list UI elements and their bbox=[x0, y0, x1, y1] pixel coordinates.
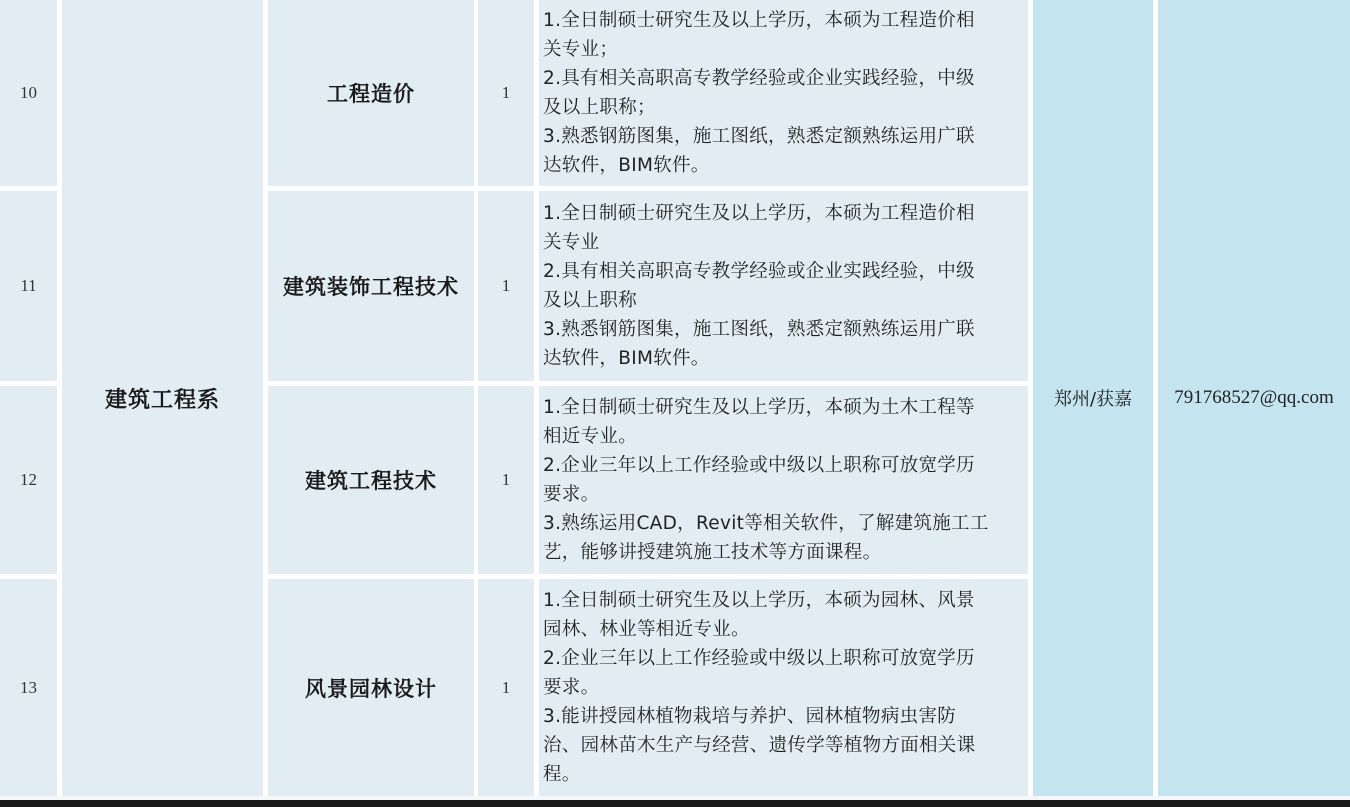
requirement-line: 关专业 bbox=[543, 228, 975, 257]
row-number: 10 bbox=[20, 83, 37, 103]
work-location: 郑州/获嘉 bbox=[1054, 385, 1132, 411]
requirements-text: 1.全日制硕士研究生及以上学历，本硕为园林、风景 园林、林业等相近专业。 2.企… bbox=[543, 586, 975, 789]
requirement-line: 1.全日制硕士研究生及以上学历，本硕为工程造价相 bbox=[543, 199, 975, 228]
requirement-line: 及以上职称； bbox=[543, 93, 975, 122]
row-number: 11 bbox=[20, 276, 36, 296]
requirement-line: 达软件，BIM软件。 bbox=[543, 151, 975, 180]
row-12-major-cell: 建筑工程技术 bbox=[268, 386, 474, 574]
requirement-line: 3.熟悉钢筋图集，施工图纸，熟悉定额熟练运用广联 bbox=[543, 315, 975, 344]
requirement-line: 3.熟练运用CAD，Revit等相关软件，了解建筑施工工 bbox=[543, 509, 989, 538]
row-number: 13 bbox=[20, 678, 37, 698]
requirement-line: 关专业； bbox=[543, 35, 975, 64]
requirement-line: 2.具有相关高职高专教学经验或企业实践经验，中级 bbox=[543, 257, 975, 286]
requirement-line: 及以上职称 bbox=[543, 286, 975, 315]
email-cell: 791768527@qq.com bbox=[1158, 0, 1350, 796]
department-name: 建筑工程系 bbox=[105, 383, 220, 414]
major-name: 风景园林设计 bbox=[305, 673, 437, 703]
major-name: 建筑工程技术 bbox=[305, 465, 437, 495]
row-10-count-cell: 1 bbox=[478, 0, 534, 186]
location-cell: 郑州/获嘉 bbox=[1033, 0, 1153, 796]
position-count: 1 bbox=[502, 276, 511, 296]
requirement-line: 1.全日制硕士研究生及以上学历，本硕为园林、风景 bbox=[543, 586, 975, 615]
requirement-line: 1.全日制硕士研究生及以上学历，本硕为土木工程等 bbox=[543, 393, 989, 422]
requirement-line: 2.具有相关高职高专教学经验或企业实践经验，中级 bbox=[543, 64, 975, 93]
requirement-line: 园林、林业等相近专业。 bbox=[543, 615, 975, 644]
row-11-major-cell: 建筑装饰工程技术 bbox=[268, 191, 474, 381]
row-12-count-cell: 1 bbox=[478, 386, 534, 574]
requirement-line: 2.企业三年以上工作经验或中级以上职称可放宽学历 bbox=[543, 644, 975, 673]
major-name: 工程造价 bbox=[327, 78, 415, 108]
row-10-requirements-cell: 1.全日制硕士研究生及以上学历，本硕为工程造价相 关专业； 2.具有相关高职高专… bbox=[539, 0, 1028, 186]
department-cell: 建筑工程系 bbox=[62, 0, 263, 796]
position-count: 1 bbox=[502, 678, 511, 698]
row-13-count-cell: 1 bbox=[478, 579, 534, 796]
requirement-line: 治、园林苗木生产与经营、遗传学等植物方面相关课 bbox=[543, 731, 975, 760]
requirements-text: 1.全日制硕士研究生及以上学历，本硕为工程造价相 关专业 2.具有相关高职高专教… bbox=[543, 199, 975, 373]
contact-email: 791768527@qq.com bbox=[1174, 387, 1333, 409]
requirements-text: 1.全日制硕士研究生及以上学历，本硕为工程造价相 关专业； 2.具有相关高职高专… bbox=[543, 6, 975, 180]
requirement-line: 要求。 bbox=[543, 480, 989, 509]
requirement-line: 2.企业三年以上工作经验或中级以上职称可放宽学历 bbox=[543, 451, 989, 480]
requirement-line: 1.全日制硕士研究生及以上学历，本硕为工程造价相 bbox=[543, 6, 975, 35]
requirement-line: 3.熟悉钢筋图集，施工图纸，熟悉定额熟练运用广联 bbox=[543, 122, 975, 151]
row-13-number-cell: 13 bbox=[0, 579, 57, 796]
requirements-text: 1.全日制硕士研究生及以上学历，本硕为土木工程等 相近专业。 2.企业三年以上工… bbox=[543, 393, 989, 567]
row-11-requirements-cell: 1.全日制硕士研究生及以上学历，本硕为工程造价相 关专业 2.具有相关高职高专教… bbox=[539, 191, 1028, 381]
position-count: 1 bbox=[502, 470, 511, 490]
major-name: 建筑装饰工程技术 bbox=[283, 271, 459, 301]
row-10-number-cell: 10 bbox=[0, 0, 57, 186]
row-number: 12 bbox=[20, 470, 37, 490]
row-12-number-cell: 12 bbox=[0, 386, 57, 574]
requirement-line: 程。 bbox=[543, 760, 975, 789]
row-13-major-cell: 风景园林设计 bbox=[268, 579, 474, 796]
row-10-major-cell: 工程造价 bbox=[268, 0, 474, 186]
row-11-number-cell: 11 bbox=[0, 191, 57, 381]
requirement-line: 艺，能够讲授建筑施工技术等方面课程。 bbox=[543, 538, 989, 567]
row-12-requirements-cell: 1.全日制硕士研究生及以上学历，本硕为土木工程等 相近专业。 2.企业三年以上工… bbox=[539, 386, 1028, 574]
requirement-line: 要求。 bbox=[543, 673, 975, 702]
requirement-line: 相近专业。 bbox=[543, 422, 989, 451]
row-11-count-cell: 1 bbox=[478, 191, 534, 381]
requirement-line: 达软件，BIM软件。 bbox=[543, 344, 975, 373]
row-13-requirements-cell: 1.全日制硕士研究生及以上学历，本硕为园林、风景 园林、林业等相近专业。 2.企… bbox=[539, 579, 1028, 796]
position-count: 1 bbox=[502, 83, 511, 103]
bottom-border-line bbox=[0, 800, 1350, 807]
requirement-line: 3.能讲授园林植物栽培与养护、园林植物病虫害防 bbox=[543, 702, 975, 731]
